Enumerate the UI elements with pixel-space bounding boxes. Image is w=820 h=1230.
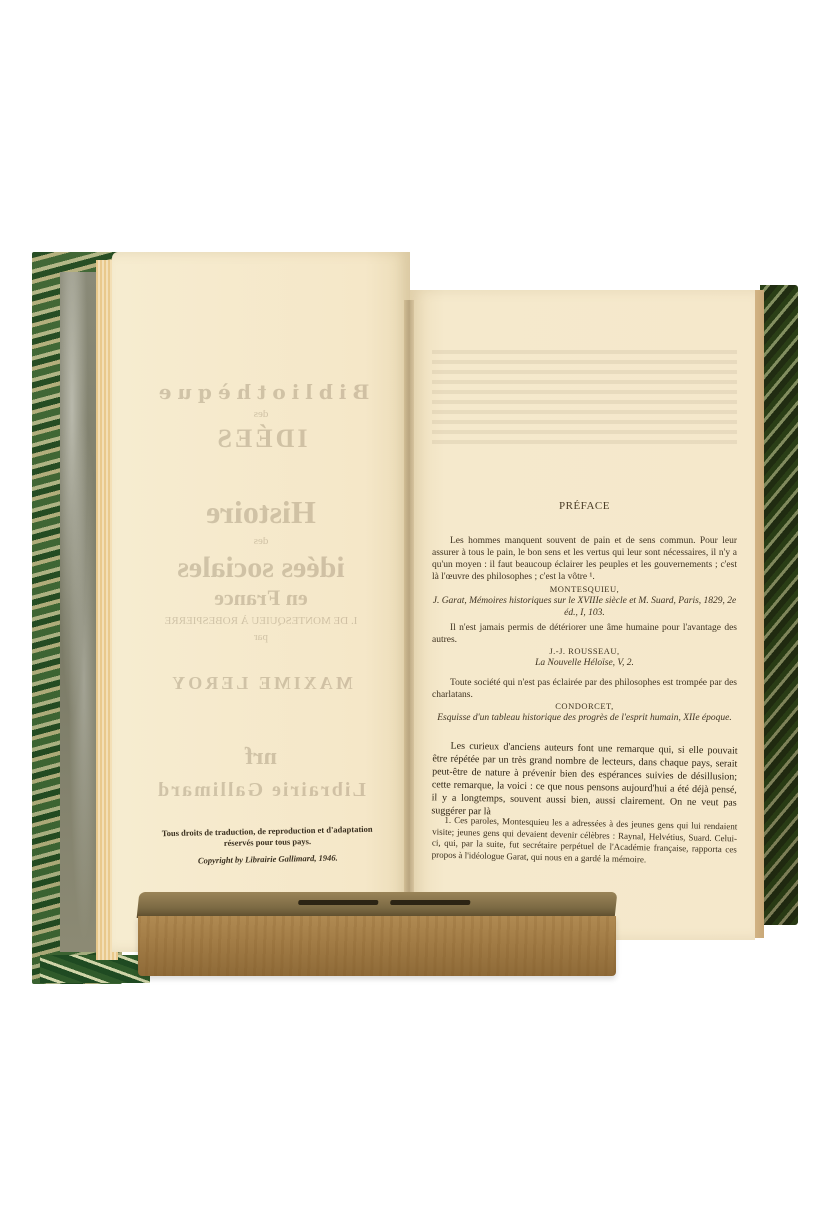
book-title-line2: idées sociales — [120, 551, 402, 585]
book-gutter — [404, 300, 414, 900]
stand-slot — [298, 900, 379, 905]
epigraph-montesquieu: Les hommes manquent souvent de pain et d… — [432, 535, 737, 619]
marbled-cover-right — [760, 285, 798, 925]
book-author: MAXIME LEROY — [120, 673, 402, 694]
book-photo: Bibliothèque des IDÉES Histoire des idée… — [0, 0, 820, 1230]
book-subtitle: I. DE MONTESQUIEU À ROBESPIERRE — [120, 615, 402, 627]
series-name: Bibliothèque — [120, 380, 402, 404]
series-ideas: IDÉES — [120, 424, 402, 454]
show-through-text — [432, 350, 737, 450]
stand-wood-front — [138, 916, 616, 976]
epigraph-condorcet: Toute société qui n'est pas éclairée par… — [432, 677, 737, 724]
endpaper-left — [60, 272, 100, 952]
book-title-line1: Histoire — [120, 494, 402, 531]
publisher-name: Librairie Gallimard — [120, 779, 402, 802]
marbled-cover-bottom — [40, 955, 150, 983]
stand-slot — [390, 900, 471, 905]
copyright-notice: Tous droits de traduction, de reproducti… — [140, 823, 396, 868]
publisher-mark: nrf — [120, 744, 402, 771]
preface-heading: PRÉFACE — [432, 500, 737, 512]
epigraph-rousseau: Il n'est jamais permis de détériorer une… — [432, 622, 737, 669]
wooden-book-stand — [138, 892, 616, 982]
stand-brass-top — [137, 892, 618, 918]
book-title-line3: en France — [120, 585, 402, 611]
preface-body: Les curieux d'anciens auteurs font une r… — [431, 739, 737, 822]
show-through-title-page: Bibliothèque des IDÉES Histoire des idée… — [120, 380, 402, 802]
footnote: 1. Ces paroles, Montesquieu les a adress… — [432, 815, 738, 869]
